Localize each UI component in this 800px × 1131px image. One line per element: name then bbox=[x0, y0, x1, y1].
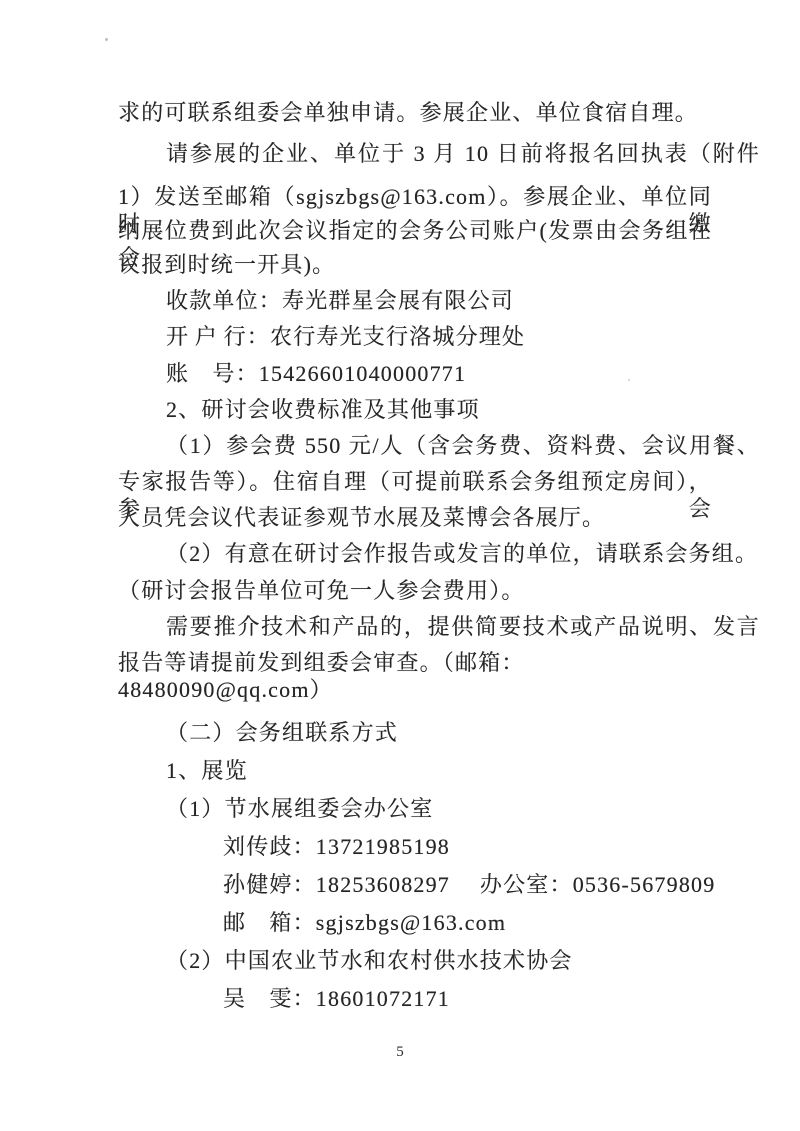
text-line: （2）有意在研讨会作报告或发言的单位，请联系会务组。 bbox=[118, 540, 760, 567]
text-line: （1）参会费 550 元/人（含会务费、资料费、会议用餐、 bbox=[118, 432, 760, 459]
document-page: 求的可联系组委会单独申请。参展企业、单位食宿自理。请参展的企业、单位于 3 月 … bbox=[0, 0, 800, 1131]
text-line: 报告等请提前发到组委会审查。（邮箱：48480090@qq.com） bbox=[118, 649, 712, 703]
text-line: 账 号：15426601040000771 bbox=[118, 360, 760, 387]
text-line: 议报到时统一开具)。 bbox=[118, 251, 712, 278]
text-line: 需要推介技术和产品的，提供简要技术或产品说明、发言 bbox=[118, 613, 760, 640]
text-line: （二）会务组联系方式 bbox=[118, 719, 760, 746]
scan-speck bbox=[105, 38, 108, 41]
text-line: 刘传歧：13721985198 bbox=[118, 833, 800, 860]
text-line: 邮 箱：sgjszbgs@163.com bbox=[118, 909, 800, 936]
text-line: 开 户 行：农行寿光支行洛城分理处 bbox=[118, 323, 760, 350]
page-number: 5 bbox=[0, 1044, 800, 1061]
text-line: （2）中国农业节水和农村供水技术协会 bbox=[118, 947, 760, 974]
text-line: 2、研讨会收费标准及其他事项 bbox=[118, 396, 760, 423]
text-line: 吴 雯：18601072171 bbox=[118, 985, 800, 1012]
text-line: 人员凭会议代表证参观节水展及菜博会各展厅。 bbox=[118, 504, 712, 531]
text-line: （1）节水展组委会办公室 bbox=[118, 795, 760, 822]
text-line: 孙健婷：18253608297 办公室：0536-5679809 bbox=[118, 871, 800, 898]
text-line: 请参展的企业、单位于 3 月 10 日前将报名回执表（附件 bbox=[118, 140, 760, 167]
text-line: 求的可联系组委会单独申请。参展企业、单位食宿自理。 bbox=[118, 99, 712, 126]
text-line: 收款单位：寿光群星会展有限公司 bbox=[118, 287, 760, 314]
text-line: （研讨会报告单位可免一人参会费用）。 bbox=[118, 577, 712, 604]
text-line: 1、展览 bbox=[118, 757, 760, 784]
